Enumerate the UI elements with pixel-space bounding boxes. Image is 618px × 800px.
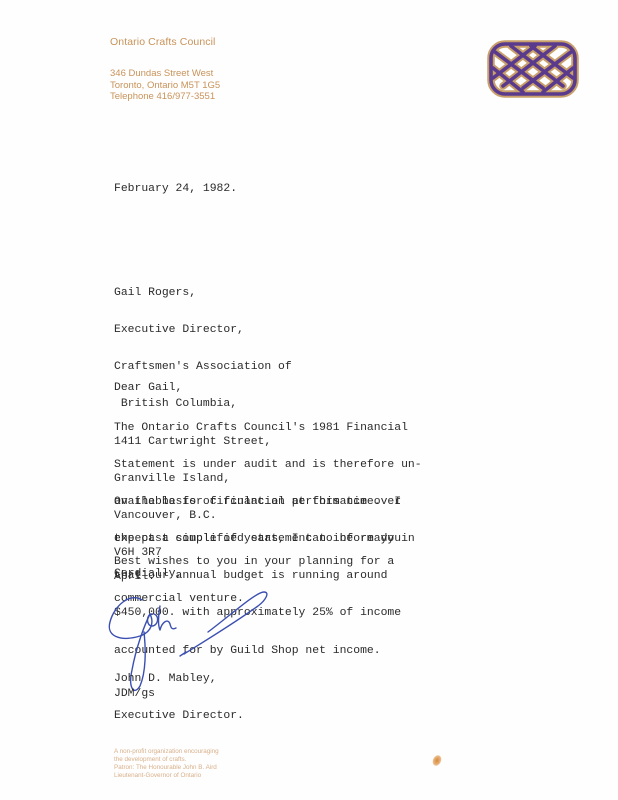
letter-date: February 24, 1982.	[114, 183, 237, 195]
signer-name: John D. Mabley,	[114, 673, 244, 685]
paragraph-line: The Ontario Crafts Council's 1981 Financ…	[114, 422, 422, 434]
footer-line: Lieutenant-Governor of Ontario	[114, 772, 219, 780]
footer-line: Patron: The Honourable John B. Aird	[114, 764, 219, 772]
organization-address: 346 Dundas Street West Toronto, Ontario …	[110, 68, 220, 103]
paper-stain	[431, 754, 443, 767]
closing: Cordially,	[114, 568, 182, 580]
celtic-knot-logo-icon	[485, 38, 581, 100]
paragraph-line: commercial venture.	[114, 593, 394, 605]
salutation: Dear Gail,	[114, 382, 182, 394]
address-line: 346 Dundas Street West	[110, 68, 220, 80]
letterhead-footer: A non-profit organization encouraging th…	[114, 748, 219, 780]
signer-title: Executive Director.	[114, 710, 244, 722]
paragraph-line: Statement is under audit and is therefor…	[114, 459, 422, 471]
organization-name: Ontario Crafts Council	[110, 36, 216, 48]
footer-line: A non-profit organization encouraging	[114, 748, 219, 756]
address-line: Toronto, Ontario M5T 1G5	[110, 80, 220, 92]
paragraph-line: On the basis of financial performance ov…	[114, 496, 401, 508]
reference-initials: JDM/gs	[114, 688, 155, 700]
recipient-title: Executive Director,	[114, 324, 292, 336]
paragraph-line: Best wishes to you in your planning for …	[114, 556, 394, 568]
letterhead: Ontario Crafts Council 346 Dundas Street…	[110, 36, 216, 48]
recipient-name: Gail Rogers,	[114, 287, 292, 299]
footer-line: the development of crafts.	[114, 756, 219, 764]
telephone-line: Telephone 416/977-3551	[110, 91, 220, 103]
recipient-organization: Craftsmen's Association of	[114, 361, 292, 373]
